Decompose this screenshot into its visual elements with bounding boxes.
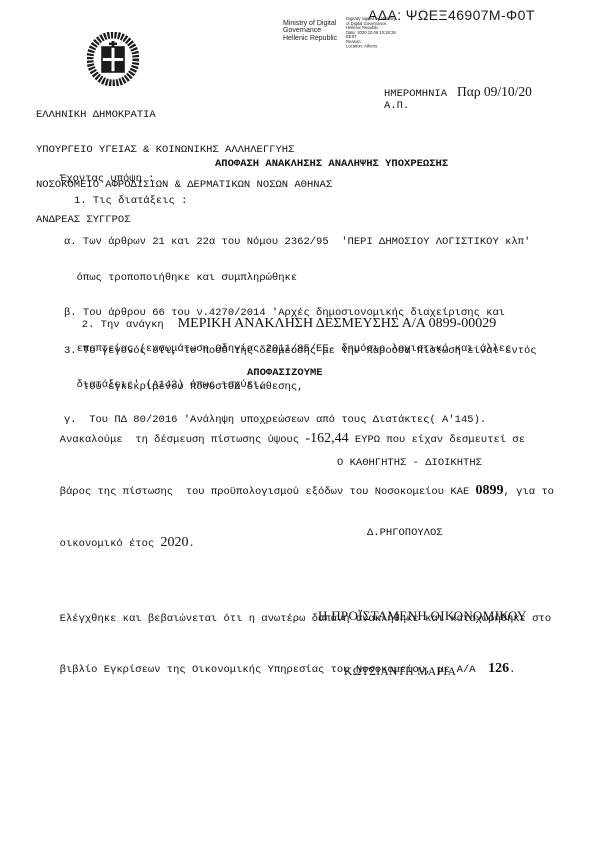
greek-national-emblem-icon: [87, 32, 139, 86]
protocol-number-label: Α.Π.: [384, 100, 409, 112]
date-label: ΗΜΕΡΟΜΗΝΙΑ: [384, 88, 447, 100]
preamble-item1-heading: 1. Τις διατάξεις :: [74, 195, 187, 207]
stamp-authority-line: Hellenic Republic: [283, 35, 337, 42]
digital-signature-stamp: Ministry of Digital Governance Hellenic …: [283, 20, 337, 42]
authority-line: ΕΛΛΗΝΙΚΗ ΔΗΜΟΚΡΑΤΙΑ: [36, 110, 332, 122]
verification-note: Ελέγχθηκε και βεβαιώνεται ότι η ανωτέρω …: [33, 558, 551, 696]
fiscal-year: 2020: [161, 535, 189, 550]
finance-officer-title: Η ΠΡΟΪΣΤΑΜΕΝΗ ΟΙΚΟΝΟΜΙΚΟΥ: [318, 608, 527, 624]
decision-text: Ανακαλούμε τη δέσμευση πίστωσης ύψους: [60, 434, 306, 446]
digital-signature-details: Digitally signed by Ministry of Digital …: [346, 17, 396, 49]
document-page: ΑΔΑ: ΨΩΕΞ46907Μ-Φ0Τ Ministry of Digital …: [0, 0, 595, 842]
director-signature-name: Δ.ΡΗΓΟΠΟΥΛΟΣ: [367, 527, 443, 539]
decision-text: , για το: [504, 486, 554, 498]
stamp-authority-line: Governance: [283, 27, 337, 34]
stamp-authority-line: Ministry of Digital: [283, 20, 337, 27]
verification-text: .: [509, 664, 515, 676]
recalled-amount: -162,44: [305, 431, 348, 446]
verification-line: βιβλίο Εγκρίσεων της Οικονομικής Υπηρεσί…: [33, 645, 551, 660]
decision-text: ΕΥΡΩ που είχαν δεσμευτεί σε: [349, 434, 525, 446]
verification-line: Ελέγχθηκε και βεβαιώνεται ότι η ανωτέρω …: [33, 594, 551, 609]
stamp-detail-line: Location: Athens: [346, 44, 396, 49]
document-title: ΑΠΟΦΑΣΗ ΑΝΑΚΛΗΣΗΣ ΑΝΑΛΗΨΗΣ ΥΠΟΧΡΕΩΣΗΣ: [215, 158, 448, 170]
kae-code: 0899: [476, 483, 504, 498]
provision-line: όπως τροποποιήθηκε και συμπληρώθηκε: [64, 273, 530, 285]
decision-line: Ανακαλούμε τη δέσμευση πίστωσης ύψους -1…: [33, 414, 554, 430]
register-number: 126: [488, 661, 509, 676]
decision-text: οικονομικό έτος: [60, 538, 161, 550]
finance-officer-name: ΚΩΤΣΙΑΝΤΗ ΜΑΡΙΑ: [344, 666, 456, 678]
decision-text: βάρος της πίστωσης του προϋπολογισμού εξ…: [60, 486, 476, 498]
decision-text: .: [189, 538, 195, 550]
decision-paragraph: Ανακαλούμε τη δέσμευση πίστωσης ύψους -1…: [33, 378, 554, 570]
provision-line: α. Των άρθρων 21 και 22α του Νόμου 2362/…: [64, 237, 530, 249]
director-signature-title: Ο ΚΑΘΗΓΗΤΗΣ - ΔΙΟΙΚΗΤΗΣ: [337, 457, 482, 469]
item3-line: 3. Το γεγονός ότι, το ποσό της δέσμευσης…: [64, 346, 537, 358]
stamp-authority: Ministry of Digital Governance Hellenic …: [283, 20, 337, 42]
decision-line: οικονομικό έτος 2020.: [33, 518, 554, 534]
date-value: Παρ 09/10/20: [457, 84, 532, 100]
authority-line: ΥΠΟΥΡΓΕΙΟ ΥΓΕΙΑΣ & ΚΟΙΝΩΝΙΚΗΣ ΑΛΛΗΛΕΓΓΥΗ…: [36, 145, 332, 157]
having-regard-line: Έχοντας υπόψη :: [60, 173, 155, 185]
